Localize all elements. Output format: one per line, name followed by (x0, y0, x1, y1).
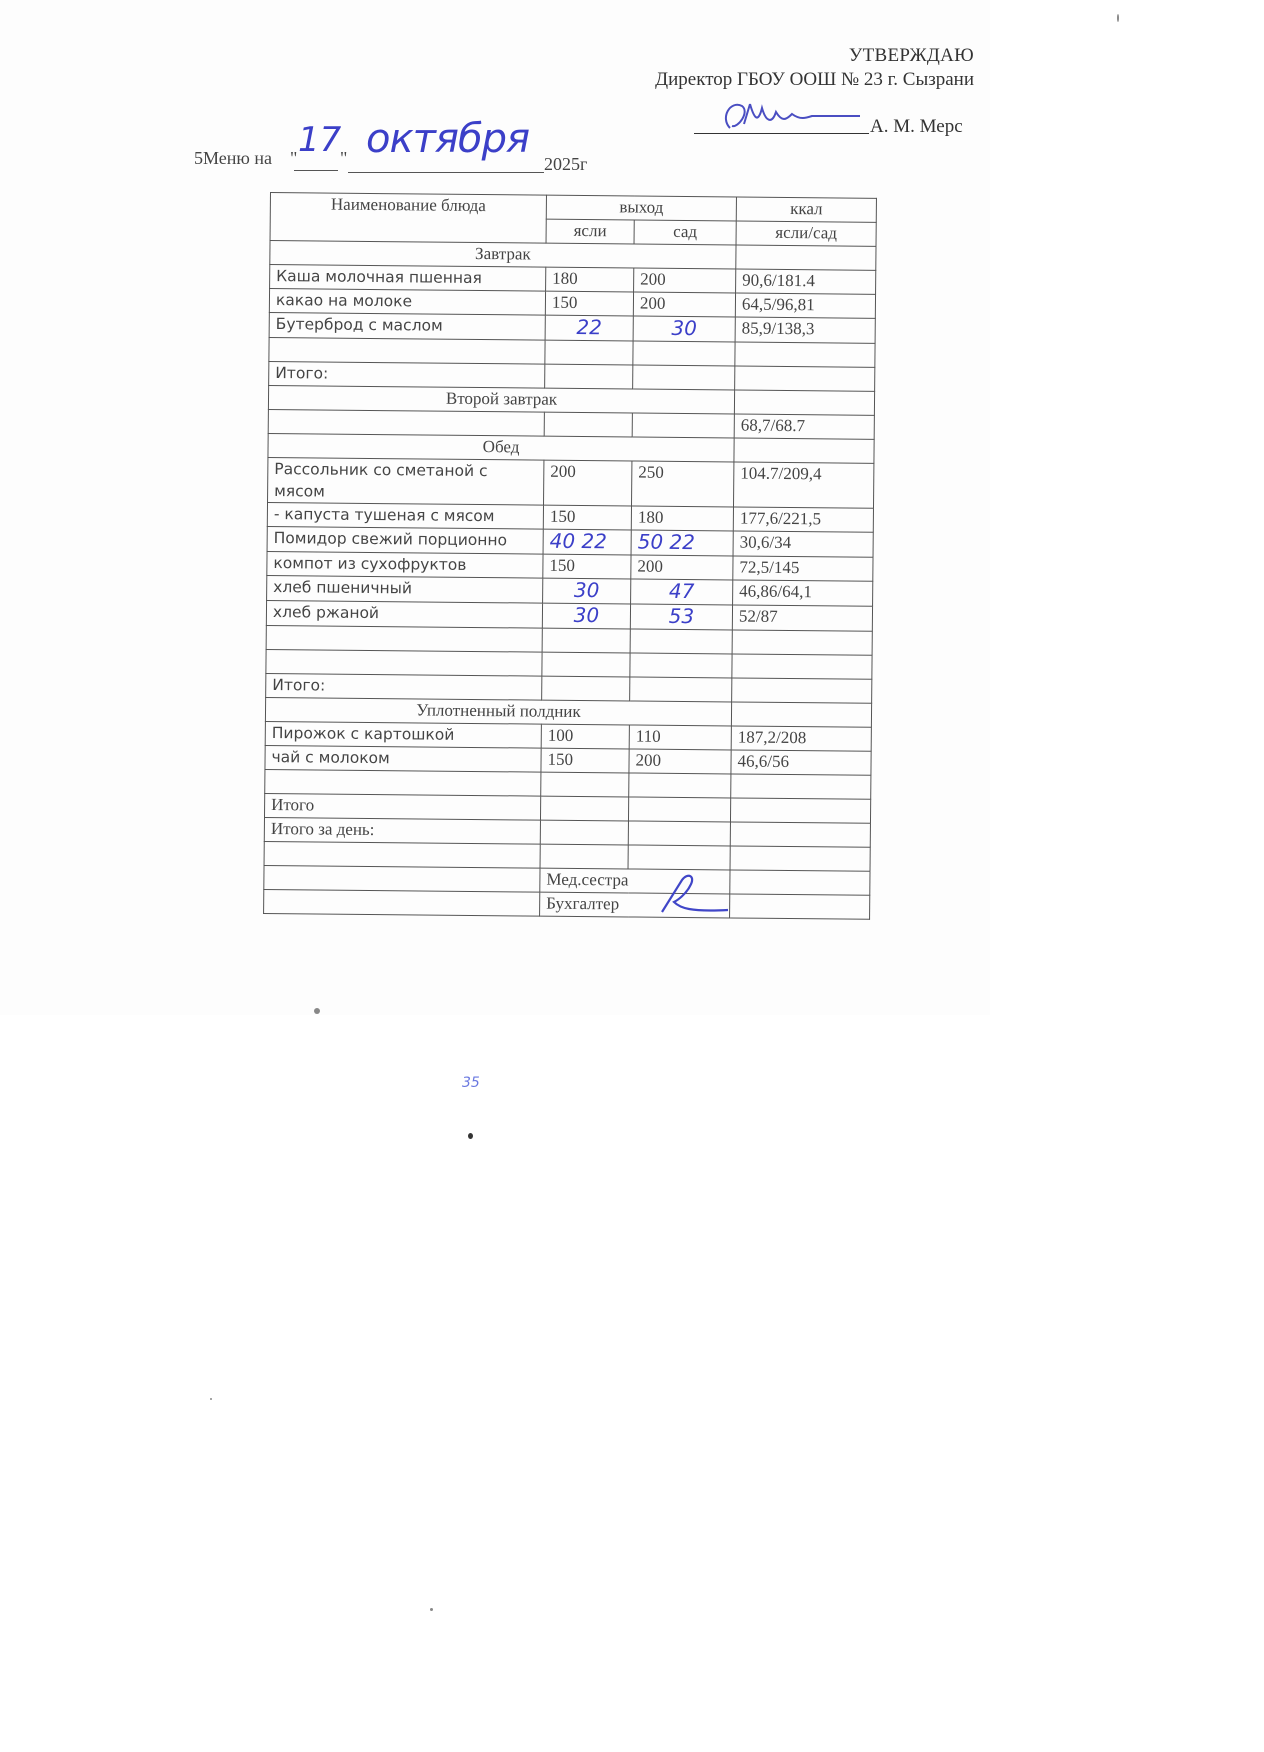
total-label: Итого: (266, 673, 542, 700)
dish-name: хлеб пшеничный (267, 575, 543, 603)
garden-amount: 110 (629, 725, 731, 750)
handwritten-value: 30 (574, 603, 600, 627)
scan-speck (314, 1008, 320, 1014)
kcal-value: 46,86/64,1 (733, 580, 873, 606)
header-nursery: ясли (546, 219, 634, 244)
dish-name: Помидор свежий порционно (267, 526, 543, 554)
menu-table-wrapper: Наименование блюда выход ккал ясли сад я… (263, 192, 876, 920)
menu-title-prefix: 5Меню на (194, 148, 272, 169)
garden-amount: 200 (631, 555, 733, 580)
garden-amount: 47 (631, 579, 733, 605)
header-kcal: ккал (736, 197, 876, 222)
nursery-amount: 30 (543, 578, 631, 604)
kcal-value: 187,2/208 (731, 726, 871, 751)
total-label: Итого (264, 793, 540, 820)
month-underline (348, 172, 544, 173)
open-quote: " (290, 148, 297, 169)
kcal-value: 90,6/181.4 (736, 269, 876, 294)
handwritten-value: 50 22 (638, 530, 695, 555)
handwritten-value: 30 (574, 578, 600, 602)
dish-name: - капуста тушеная с мясом (267, 502, 543, 529)
scan-speck (430, 1608, 433, 1611)
dish-name: чай с молоком (265, 745, 541, 772)
garden-amount: 200 (634, 268, 736, 293)
header-kcal-sub: ясли/сад (736, 221, 876, 246)
dish-name: Пирожок с картошкой (265, 721, 541, 748)
approval-heading: УТВЕРЖДАЮ (655, 44, 974, 68)
nursery-amount (544, 412, 632, 437)
nursery-amount: 150 (545, 291, 633, 316)
garden-amount: 200 (633, 292, 735, 317)
approval-block: УТВЕРЖДАЮ Директор ГБОУ ООШ № 23 г. Сызр… (655, 44, 974, 92)
menu-day: 17 (298, 120, 341, 160)
dish-name: какао на молоке (269, 289, 545, 316)
garden-amount: 53 (630, 604, 732, 630)
kcal-value: 30,6/34 (733, 531, 873, 557)
nursery-amount: 200 (544, 460, 632, 506)
nursery-amount: 150 (543, 505, 631, 530)
menu-title: 5Меню на " 17 " октября 2025г (194, 110, 614, 180)
dish-name: Бутерброд с маслом (269, 312, 545, 340)
garden-amount: 30 (633, 316, 735, 342)
handwritten-value: 22 (576, 315, 602, 339)
close-quote: " (340, 148, 347, 169)
nursery-amount: 40 22 (543, 529, 631, 555)
nurse-signature-icon (660, 872, 730, 922)
scan-speck (210, 1398, 212, 1400)
kcal-value: 72,5/145 (733, 556, 873, 581)
menu-table: Наименование блюда выход ккал ясли сад я… (263, 192, 877, 920)
header-garden: сад (634, 220, 736, 245)
handwritten-value: 30 (671, 316, 697, 340)
header-output: выход (546, 195, 736, 221)
stray-ink-mark: 35 (462, 1075, 480, 1091)
garden-amount (632, 413, 734, 438)
nursery-amount: 150 (541, 748, 629, 773)
nursery-amount: 100 (541, 724, 629, 749)
dish-name: Рассольник со сметаной с мясом (268, 457, 544, 505)
garden-amount: 180 (631, 506, 733, 531)
signature-row-accountant: Бухгалтер (264, 889, 870, 919)
signer-name: А. М. Мерс (870, 116, 963, 138)
garden-amount: 250 (632, 461, 734, 507)
nursery-amount: 180 (546, 267, 634, 292)
garden-amount: 200 (629, 749, 731, 774)
day-underline (294, 170, 338, 171)
handwritten-value: 47 (669, 579, 695, 603)
signature-icon (720, 98, 870, 138)
director-signature: А. М. Мерс (692, 98, 972, 138)
dish-name: хлеб ржаной (266, 600, 542, 628)
dish-name (268, 409, 544, 436)
menu-year: 2025г (544, 154, 587, 175)
kcal-value: 68,7/68.7 (734, 414, 874, 439)
scan-speck (468, 1133, 473, 1139)
header-dish: Наименование блюда (270, 193, 546, 244)
menu-month: октября (366, 116, 529, 162)
day-total-label: Итого за день: (264, 817, 540, 844)
nursery-amount: 150 (543, 554, 631, 579)
signature-line (694, 133, 869, 134)
scan-speck (1117, 14, 1119, 22)
kcal-value: 177,6/221,5 (733, 507, 873, 532)
nursery-amount: 22 (545, 315, 633, 341)
approval-position: Директор ГБОУ ООШ № 23 г. Сызрани (655, 68, 974, 92)
table-row: Рассольник со сметаной с мясом 200 250 1… (268, 457, 874, 508)
handwritten-value: 53 (669, 604, 695, 628)
kcal-value: 64,5/96,81 (735, 293, 875, 318)
garden-amount: 50 22 (631, 530, 733, 556)
kcal-value: 52/87 (732, 605, 872, 631)
kcal-value: 104.7/209,4 (733, 462, 873, 508)
table-header-row: Наименование блюда выход ккал (270, 193, 876, 223)
dish-name: компот из сухофруктов (267, 551, 543, 578)
kcal-value: 85,9/138,3 (735, 317, 875, 343)
nursery-amount: 30 (542, 603, 630, 629)
dish-name: Каша молочная пшенная (270, 265, 546, 292)
total-label: Итого: (269, 361, 545, 388)
kcal-value: 46,6/56 (731, 750, 871, 775)
handwritten-value: 40 22 (550, 529, 607, 554)
